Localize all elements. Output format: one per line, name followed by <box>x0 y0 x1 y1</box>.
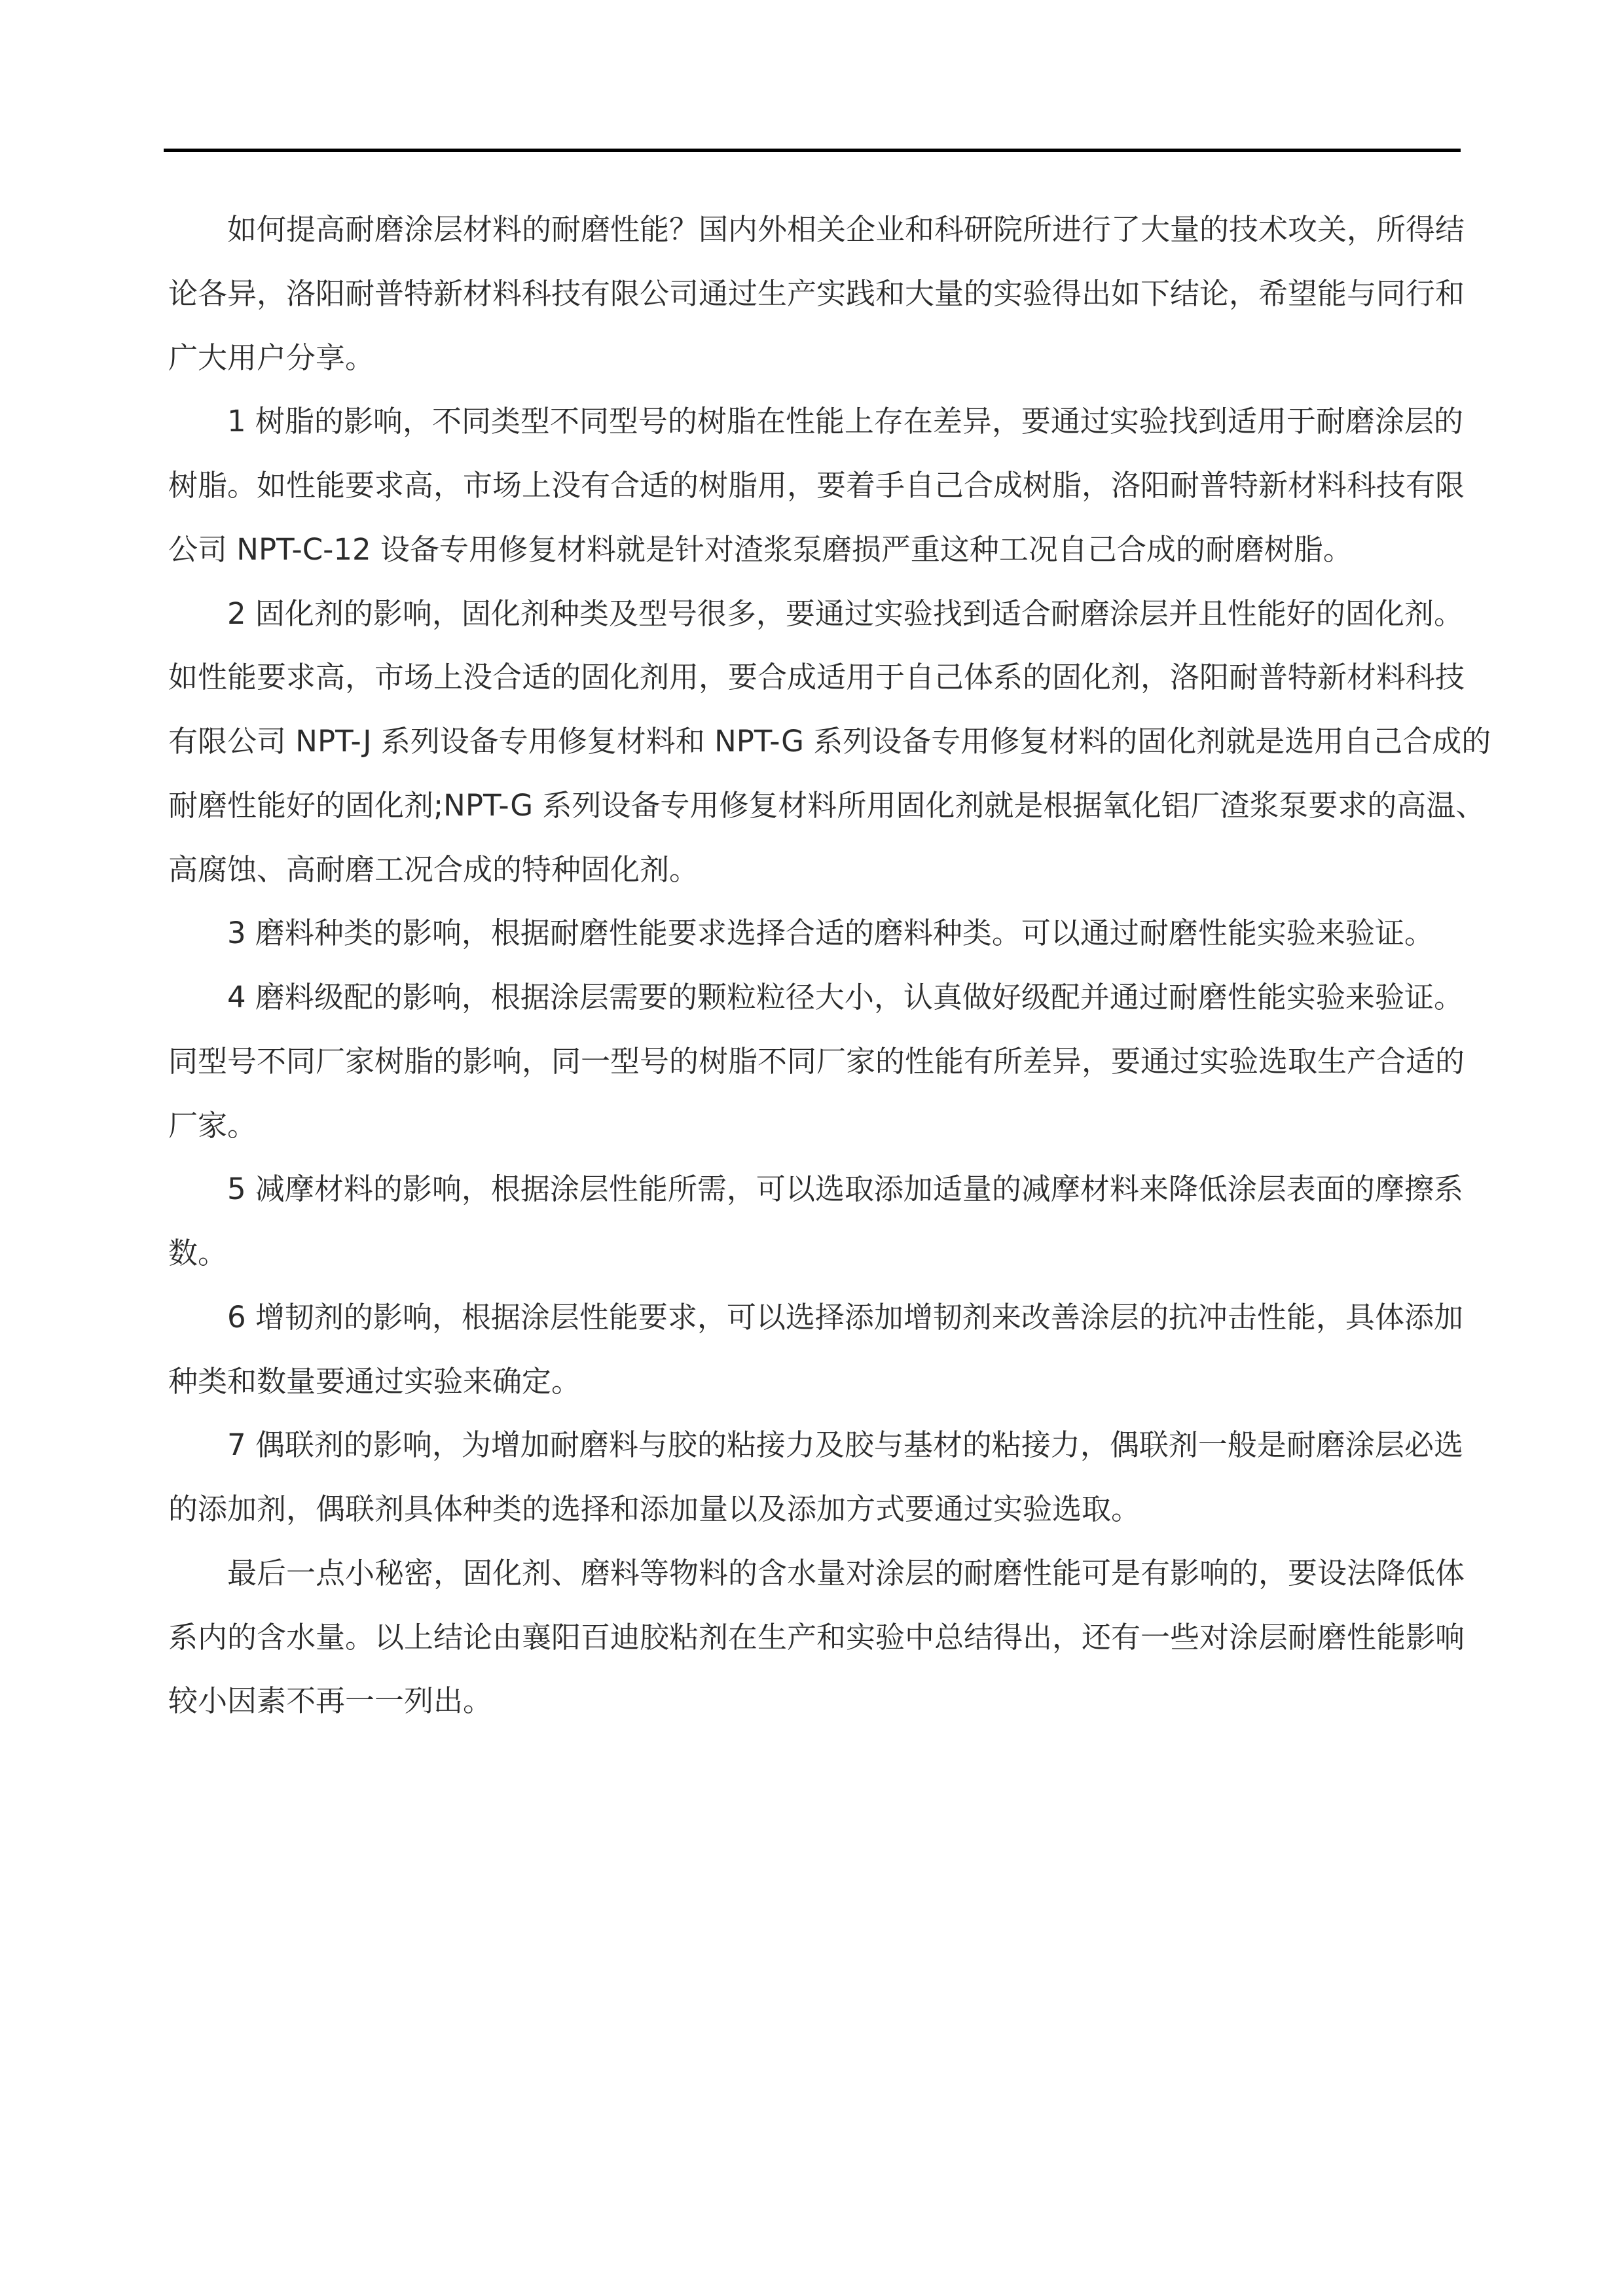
text-line: 广大用户分享。 <box>168 340 1455 376</box>
text-line: 有限公司 NPT-J 系列设备专用修复材料和 NPT-G 系列设备专用修复材料的… <box>168 723 1455 760</box>
text-line: 高腐蚀、高耐磨工况合成的特种固化剂。 <box>168 852 1455 888</box>
text-line: 如性能要求高，市场上没合适的固化剂用，要合成适用于自己体系的固化剂，洛阳耐普特新… <box>168 659 1455 696</box>
text-line: 同型号不同厂家树脂的影响，同一型号的树脂不同厂家的性能有所差异，要通过实验选取生… <box>168 1043 1455 1080</box>
text-line: 1 树脂的影响，不同类型不同型号的树脂在性能上存在差异，要通过实验找到适用于耐磨… <box>227 403 1455 440</box>
text-line: 厂家。 <box>168 1107 1455 1144</box>
text-line: 公司 NPT-C-12 设备专用修复材料就是针对渣浆泵磨损严重这种工况自己合成的… <box>168 531 1455 568</box>
text-line: 系内的含水量。以上结论由襄阳百迪胶粘剂在生产和实验中总结得出，还有一些对涂层耐磨… <box>168 1619 1455 1656</box>
text-line: 2 固化剂的影响，固化剂种类及型号很多，要通过实验找到适合耐磨涂层并且性能好的固… <box>227 596 1455 632</box>
text-line: 最后一点小秘密，固化剂、磨料等物料的含水量对涂层的耐磨性能可是有影响的，要设法降… <box>227 1555 1455 1592</box>
text-line: 的添加剂，偶联剂具体种类的选择和添加量以及添加方式要通过实验选取。 <box>168 1491 1455 1528</box>
text-line: 论各异，洛阳耐普特新材料科技有限公司通过生产实践和大量的实验得出如下结论，希望能… <box>168 276 1455 312</box>
text-line: 3 磨料种类的影响，根据耐磨性能要求选择合适的磨料种类。可以通过耐磨性能实验来验… <box>227 915 1455 952</box>
text-line: 如何提高耐磨涂层材料的耐磨性能？国内外相关企业和科研院所进行了大量的技术攻关，所… <box>227 211 1455 248</box>
text-line: 4 磨料级配的影响，根据涂层需要的颗粒粒径大小，认真做好级配并通过耐磨性能实验来… <box>227 979 1455 1016</box>
text-line: 耐磨性能好的固化剂;NPT-G 系列设备专用修复材料所用固化剂就是根据氧化铝厂渣… <box>168 787 1455 824</box>
text-line: 树脂。如性能要求高，市场上没有合适的树脂用，要着手自己合成树脂，洛阳耐普特新材料… <box>168 467 1455 504</box>
text-line: 较小因素不再一一列出。 <box>168 1683 1455 1719</box>
document-body: 如何提高耐磨涂层材料的耐磨性能？国内外相关企业和科研院所进行了大量的技术攻关，所… <box>0 0 1623 2296</box>
text-line: 6 增韧剂的影响，根据涂层性能要求，可以选择添加增韧剂来改善涂层的抗冲击性能，具… <box>227 1299 1455 1336</box>
text-line: 数。 <box>168 1235 1455 1272</box>
text-line: 7 偶联剂的影响，为增加耐磨料与胶的粘接力及胶与基材的粘接力，偶联剂一般是耐磨涂… <box>227 1427 1455 1463</box>
text-line: 种类和数量要通过实验来确定。 <box>168 1363 1455 1400</box>
text-line: 5 减摩材料的影响，根据涂层性能所需，可以选取添加适量的减摩材料来降低涂层表面的… <box>227 1171 1455 1208</box>
